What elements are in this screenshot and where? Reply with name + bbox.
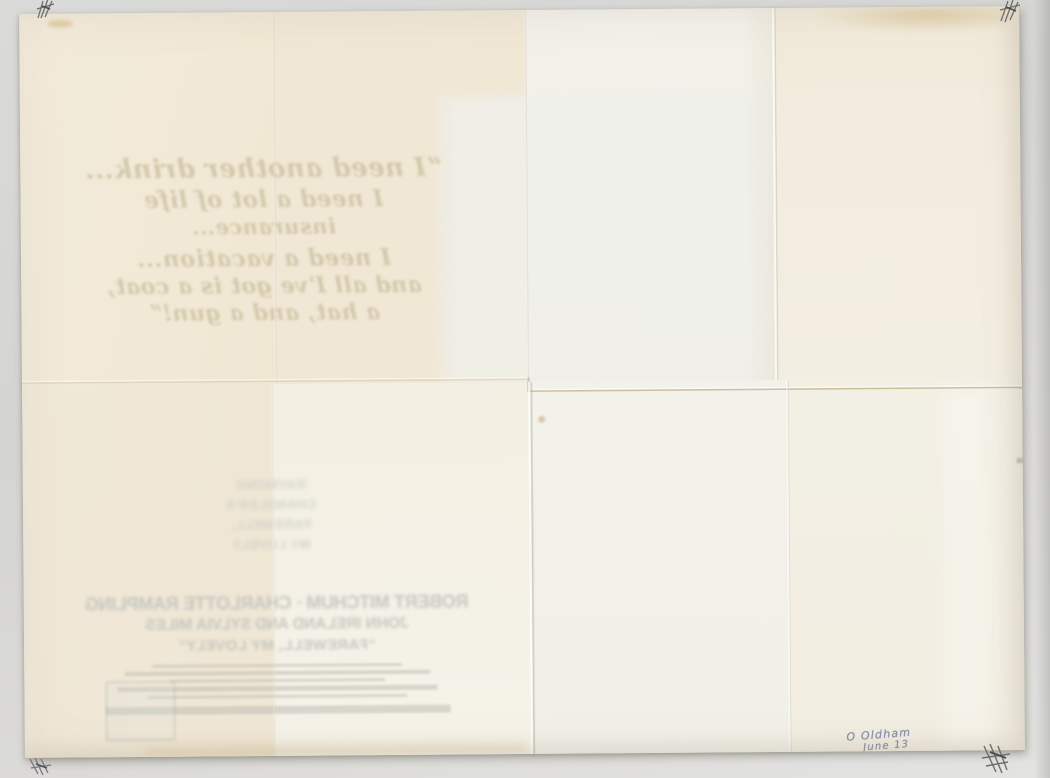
showthrough-credits-text: ROBERT MITCHUM · CHARLOTTE RAMPLING JOHN…: [82, 591, 472, 655]
clip-wire-icon: [994, 0, 1026, 23]
tagline-line: I need a vacation...: [81, 244, 447, 275]
poster-panel: [774, 6, 1022, 380]
metal-clip-top-right: [994, 0, 1026, 23]
metal-clip-top-left: [32, 0, 60, 19]
tagline-line: a hat, and a gun!”: [81, 299, 447, 329]
clip-wire-icon: [32, 0, 60, 19]
tagline-line: I need a lot of life: [80, 184, 446, 215]
handwritten-note-line: June 13: [863, 739, 913, 755]
credits-line: JOHN IRELAND AND SYLVIA MILES: [82, 614, 472, 635]
poster-sheet-back: “I need another drink... I need a lot of…: [19, 6, 1025, 758]
small-print-line: [125, 670, 430, 676]
small-print-line: [147, 694, 407, 699]
title-block-line: FAREWELL,: [216, 515, 326, 536]
background-shadow: [1034, 0, 1050, 778]
metal-clip-bottom-left: [26, 756, 56, 778]
title-block-line: RAYMOND: [216, 475, 326, 496]
showthrough-certificate-box: [105, 681, 175, 742]
showthrough-title-block: RAYMOND CHANDLER'S FAREWELL, MY LOVELY: [216, 475, 327, 556]
small-print-line: [152, 663, 402, 668]
poster-panel: [530, 380, 790, 754]
showthrough-tagline-text: “I need another drink... I need a lot of…: [80, 153, 447, 329]
title-block-line: MY LOVELY: [216, 535, 326, 556]
credits-line: “FAREWELL, MY LOVELY”: [82, 635, 472, 655]
handwritten-note: O Oldham June 13: [846, 727, 913, 756]
small-print-line: [170, 678, 385, 683]
clip-wire-icon: [976, 740, 1016, 776]
credits-line: ROBERT MITCHUM · CHARLOTTE RAMPLING: [82, 591, 472, 615]
title-block-line: CHANDLER'S: [216, 495, 326, 516]
tagline-line: insurance...: [81, 212, 447, 240]
metal-clip-bottom-right: [976, 740, 1016, 776]
clip-wire-icon: [26, 756, 56, 778]
tagline-line: “I need another drink...: [80, 153, 446, 188]
showthrough-light-band: [942, 386, 993, 746]
tagline-line: and all I've got is a coat,: [81, 272, 447, 302]
showthrough-image-area: [453, 100, 527, 383]
photograph-of-poster-back: “I need another drink... I need a lot of…: [0, 0, 1050, 778]
